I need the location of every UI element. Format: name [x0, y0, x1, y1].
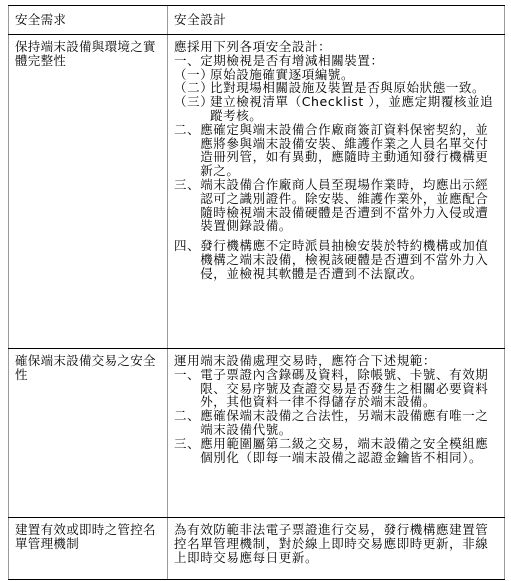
item-text: 端末設備合作廠商人員至現場作業時，均應出示經認可之識別證件。除安裝、維護作業外，…: [200, 178, 498, 233]
design-intro: 應採用下列各項安全設計：: [174, 40, 498, 54]
table-row: 保持端末設備與環境之實體完整性 應採用下列各項安全設計： 一、 定期檢視是否有增…: [8, 34, 505, 348]
design-subitem: （三） 建立檢視清單（Checklist ），並應定期覆核並追蹤考核。: [174, 95, 498, 123]
subitem-text: 建立檢視清單（Checklist ），並應定期覆核並追蹤考核。: [210, 95, 498, 123]
design-item: 四、 發行機構應不定時派員抽檢安裝於特約機構或加值機構之端末設備，檢視該硬體是否…: [174, 239, 498, 280]
design-cell: 為有效防範非法電子票證進行交易，發行機構應建置管控名單管理機制，對於線上即時交易…: [168, 518, 505, 579]
design-subitem: （二） 比對現場相關設施及裝置是否與原始狀態一致。: [174, 81, 498, 95]
subitem-number: （二）: [174, 81, 210, 95]
design-cell: 運用端末設備處理交易時，應符合下述規範： 一、 電子票證內含錄碼及資料，除帳號、…: [168, 349, 505, 517]
design-item: 一、 電子票證內含錄碼及資料，除帳號、卡號、有效期限、交易序號及查證交易是否發生…: [174, 368, 498, 409]
item-number: 二、: [174, 409, 200, 437]
design-item: 二、 應確保端末設備之合法性，另端末設備應有唯一之端末設備代號。: [174, 409, 498, 437]
subitem-number: （三）: [174, 95, 210, 123]
design-intro: 運用端末設備處理交易時，應符合下述規範：: [174, 354, 498, 368]
requirement-cell: 建置有效或即時之管控名單管理機制: [8, 518, 168, 579]
subitem-text: 原始設施確實逐項編號。: [210, 68, 498, 82]
item-text: 應確定與端末設備合作廠商簽訂資料保密契約，並應將參與端末設備安裝、維護作業之人員…: [200, 123, 498, 178]
item-number: 三、: [174, 178, 200, 233]
item-text: 定期檢視是否有增減相關裝置：: [200, 54, 498, 68]
item-number: 四、: [174, 239, 200, 280]
subitem-text: 比對現場相關設施及裝置是否與原始狀態一致。: [210, 81, 498, 95]
subitem-number: （一）: [174, 68, 210, 82]
table-row: 確保端末設備交易之安全性 運用端末設備處理交易時，應符合下述規範： 一、 電子票…: [8, 348, 505, 517]
item-number: 一、: [174, 368, 200, 409]
design-item: 三、 端末設備合作廠商人員至現場作業時，均應出示經認可之識別證件。除安裝、維護作…: [174, 178, 498, 233]
design-item: 一、 定期檢視是否有增減相關裝置：: [174, 54, 498, 68]
item-text: 應確保端末設備之合法性，另端末設備應有唯一之端末設備代號。: [200, 409, 498, 437]
table-row: 建置有效或即時之管控名單管理機制 為有效防範非法電子票證進行交易，發行機構應建置…: [8, 517, 505, 580]
table-header-row: 安全需求 安全設計: [8, 5, 505, 34]
design-item: 三、 應用範圍屬第二級之交易，端末設備之安全模組應個別化（即每一端末設備之認證金…: [174, 437, 498, 465]
item-number: 一、: [174, 54, 200, 68]
design-subitem: （一） 原始設施確實逐項編號。: [174, 68, 498, 82]
design-cell: 應採用下列各項安全設計： 一、 定期檢視是否有增減相關裝置： （一） 原始設施確…: [168, 35, 505, 348]
design-item: 二、 應確定與端末設備合作廠商簽訂資料保密契約，並應將參與端末設備安裝、維護作業…: [174, 123, 498, 178]
item-number: 二、: [174, 123, 200, 178]
requirement-cell: 保持端末設備與環境之實體完整性: [8, 35, 168, 348]
item-text: 電子票證內含錄碼及資料，除帳號、卡號、有效期限、交易序號及查證交易是否發生之相關…: [200, 368, 498, 409]
header-security-requirement: 安全需求: [8, 6, 168, 34]
item-text: 應用範圍屬第二級之交易，端末設備之安全模組應個別化（即每一端末設備之認證金鑰皆不…: [200, 437, 498, 465]
item-number: 三、: [174, 437, 200, 465]
requirement-cell: 確保端末設備交易之安全性: [8, 349, 168, 517]
header-security-design: 安全設計: [168, 6, 505, 34]
item-text: 發行機構應不定時派員抽檢安裝於特約機構或加值機構之端末設備，檢視該硬體是否遭到不…: [200, 239, 498, 280]
security-requirements-table: 安全需求 安全設計 保持端末設備與環境之實體完整性 應採用下列各項安全設計： 一…: [8, 5, 505, 580]
